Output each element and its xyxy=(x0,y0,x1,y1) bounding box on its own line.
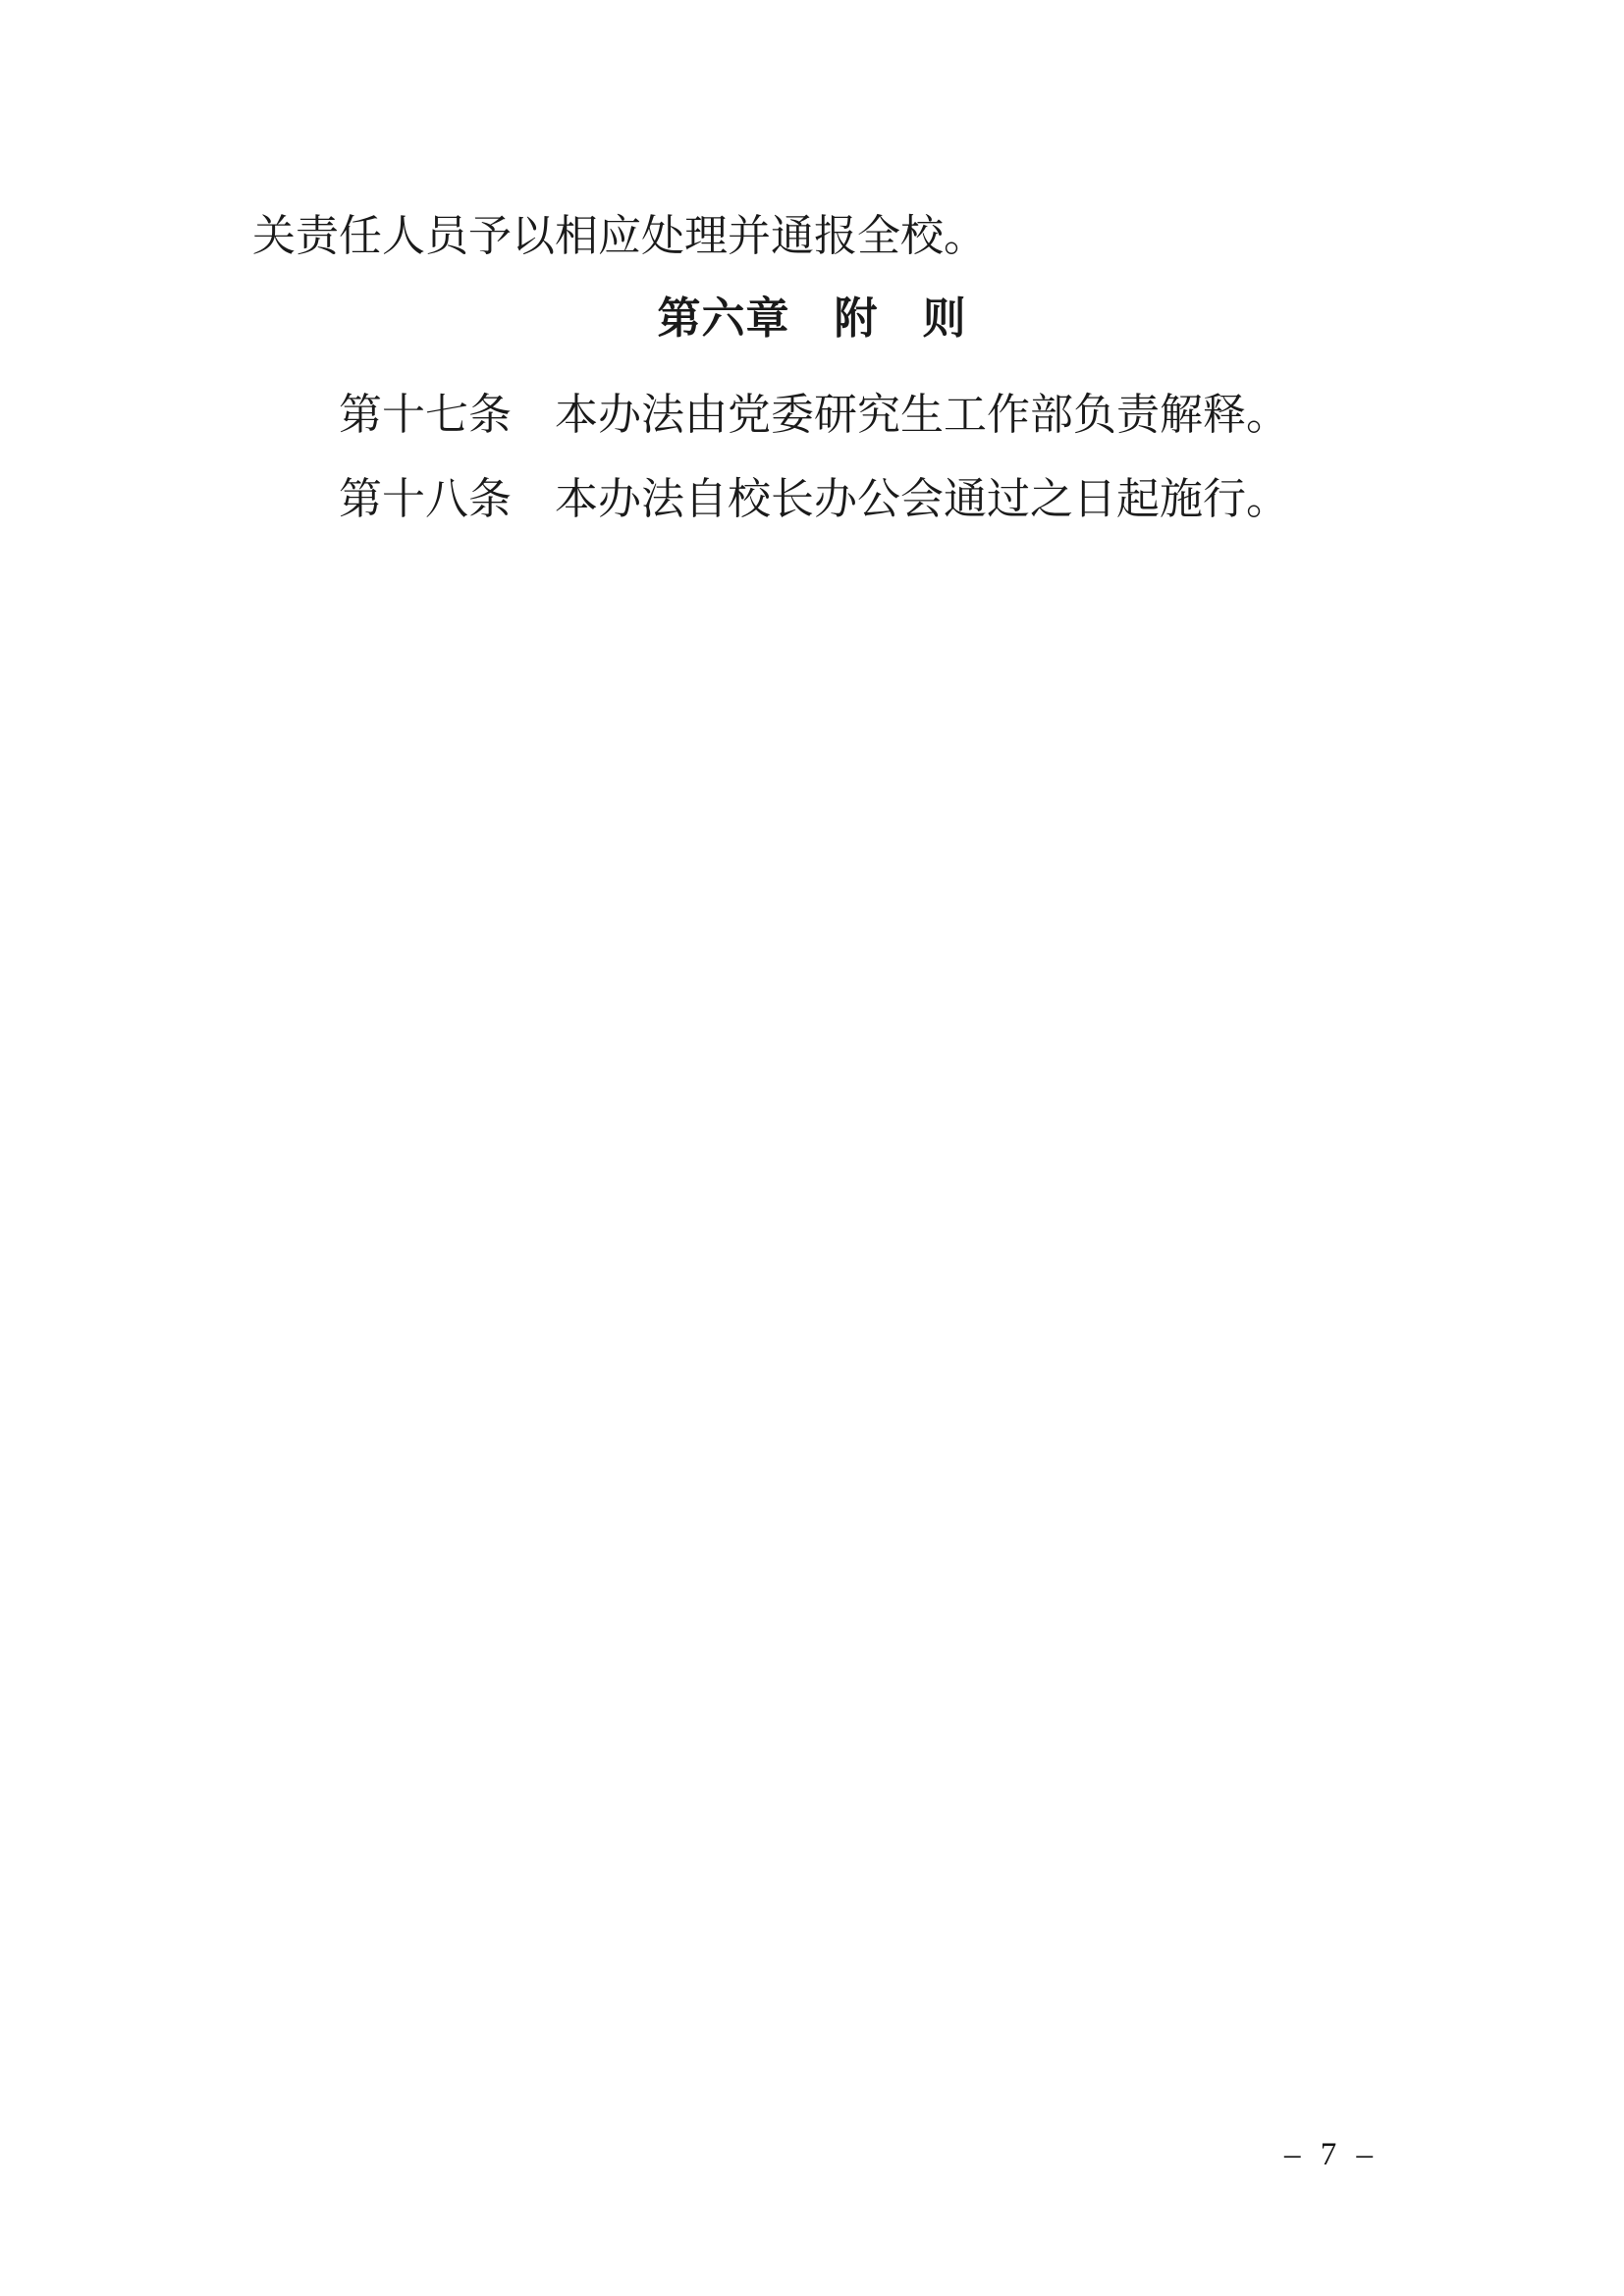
article-17-line: 第十七条 本办法由党委研究生工作部负责解释。 xyxy=(339,388,1289,442)
paragraph-continuation-line: 关责任人员予以相应处理并通报全校。 xyxy=(252,209,987,263)
page-number: – 7 – xyxy=(1284,2136,1379,2175)
document-page: 关责任人员予以相应处理并通报全校。 第六章 附 则 第十七条 本办法由党委研究生… xyxy=(0,0,1624,2296)
article-18-line: 第十八条 本办法自校长办公会通过之日起施行。 xyxy=(339,472,1289,526)
chapter-heading: 第六章 附 则 xyxy=(0,292,1624,346)
